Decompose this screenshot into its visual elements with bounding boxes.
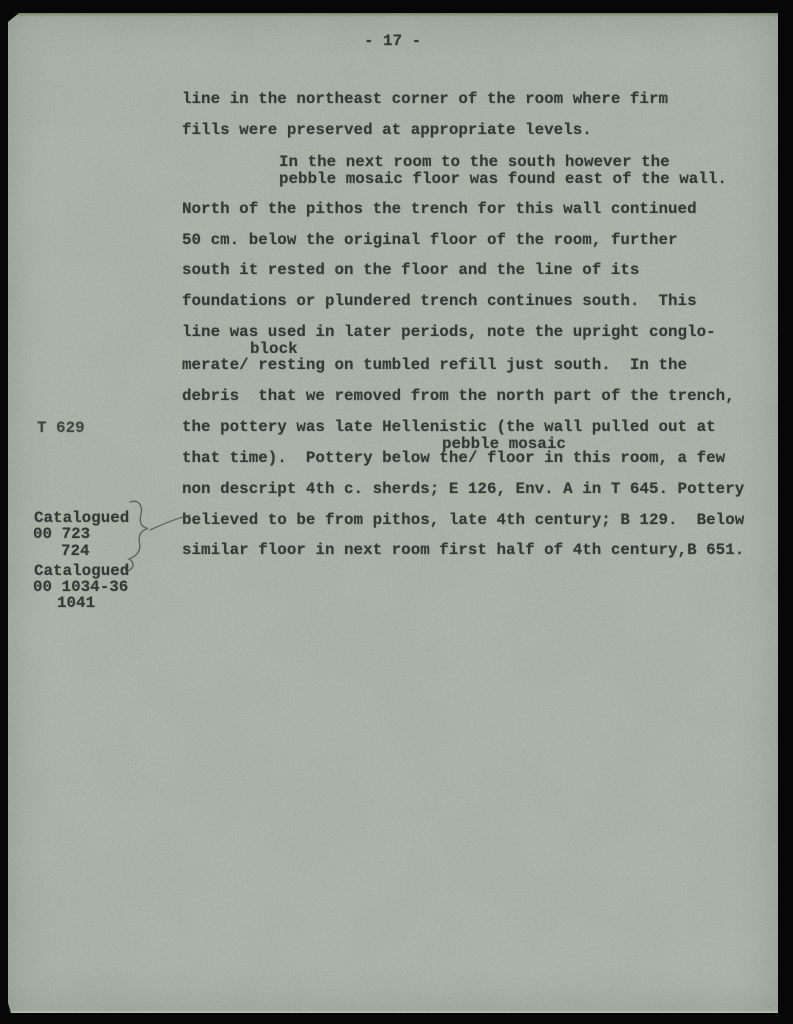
typescript-line: that time). Pottery below the/ floor in … xyxy=(182,451,725,467)
margin-note-catalogued-1-number: 00 723 xyxy=(33,527,90,543)
page-number: - 17 - xyxy=(364,34,421,50)
typescript-line-indented: pebble mosaic floor was found east of th… xyxy=(279,172,727,188)
typescript-line: debris that we removed from the north pa… xyxy=(182,389,735,405)
typescript-line: foundations or plundered trench continue… xyxy=(182,294,697,310)
typescript-line: south it rested on the floor and the lin… xyxy=(182,263,639,279)
typescript-line: North of the pithos the trench for this … xyxy=(182,202,697,218)
pointer-line xyxy=(150,515,190,530)
typescript-line: line was used in later periods, note the… xyxy=(182,325,716,341)
typescript-line: line in the northeast corner of the room… xyxy=(182,92,668,108)
margin-note-catalogued-2-number: 1041 xyxy=(57,596,95,612)
typescript-text-layer: - 17 - line in the northeast corner of t… xyxy=(8,13,778,1013)
typescript-line: believed to be from pithos, late 4th cen… xyxy=(182,513,744,529)
brace-path xyxy=(125,501,148,571)
typescript-line: 50 cm. below the original floor of the r… xyxy=(182,233,678,249)
margin-note-catalogued-1-number: 724 xyxy=(61,544,90,560)
typescript-line: merate/ resting on tumbled refill just s… xyxy=(182,358,687,374)
typescript-line: the pottery was late Hellenistic (the wa… xyxy=(182,420,716,436)
handwritten-brace-mark xyxy=(118,497,208,581)
typescript-line: non descript 4th c. sherds; E 126, Env. … xyxy=(182,482,744,498)
typescript-line-indented: In the next room to the south however th… xyxy=(279,155,670,171)
typescript-line: fills were preserved at appropriate leve… xyxy=(182,123,592,139)
scan-frame: - 17 - line in the northeast corner of t… xyxy=(0,0,793,1024)
document-page: - 17 - line in the northeast corner of t… xyxy=(8,13,778,1013)
margin-note-trench-ref: T 629 xyxy=(37,421,85,437)
typescript-line: similar floor in next room first half of… xyxy=(182,543,744,559)
